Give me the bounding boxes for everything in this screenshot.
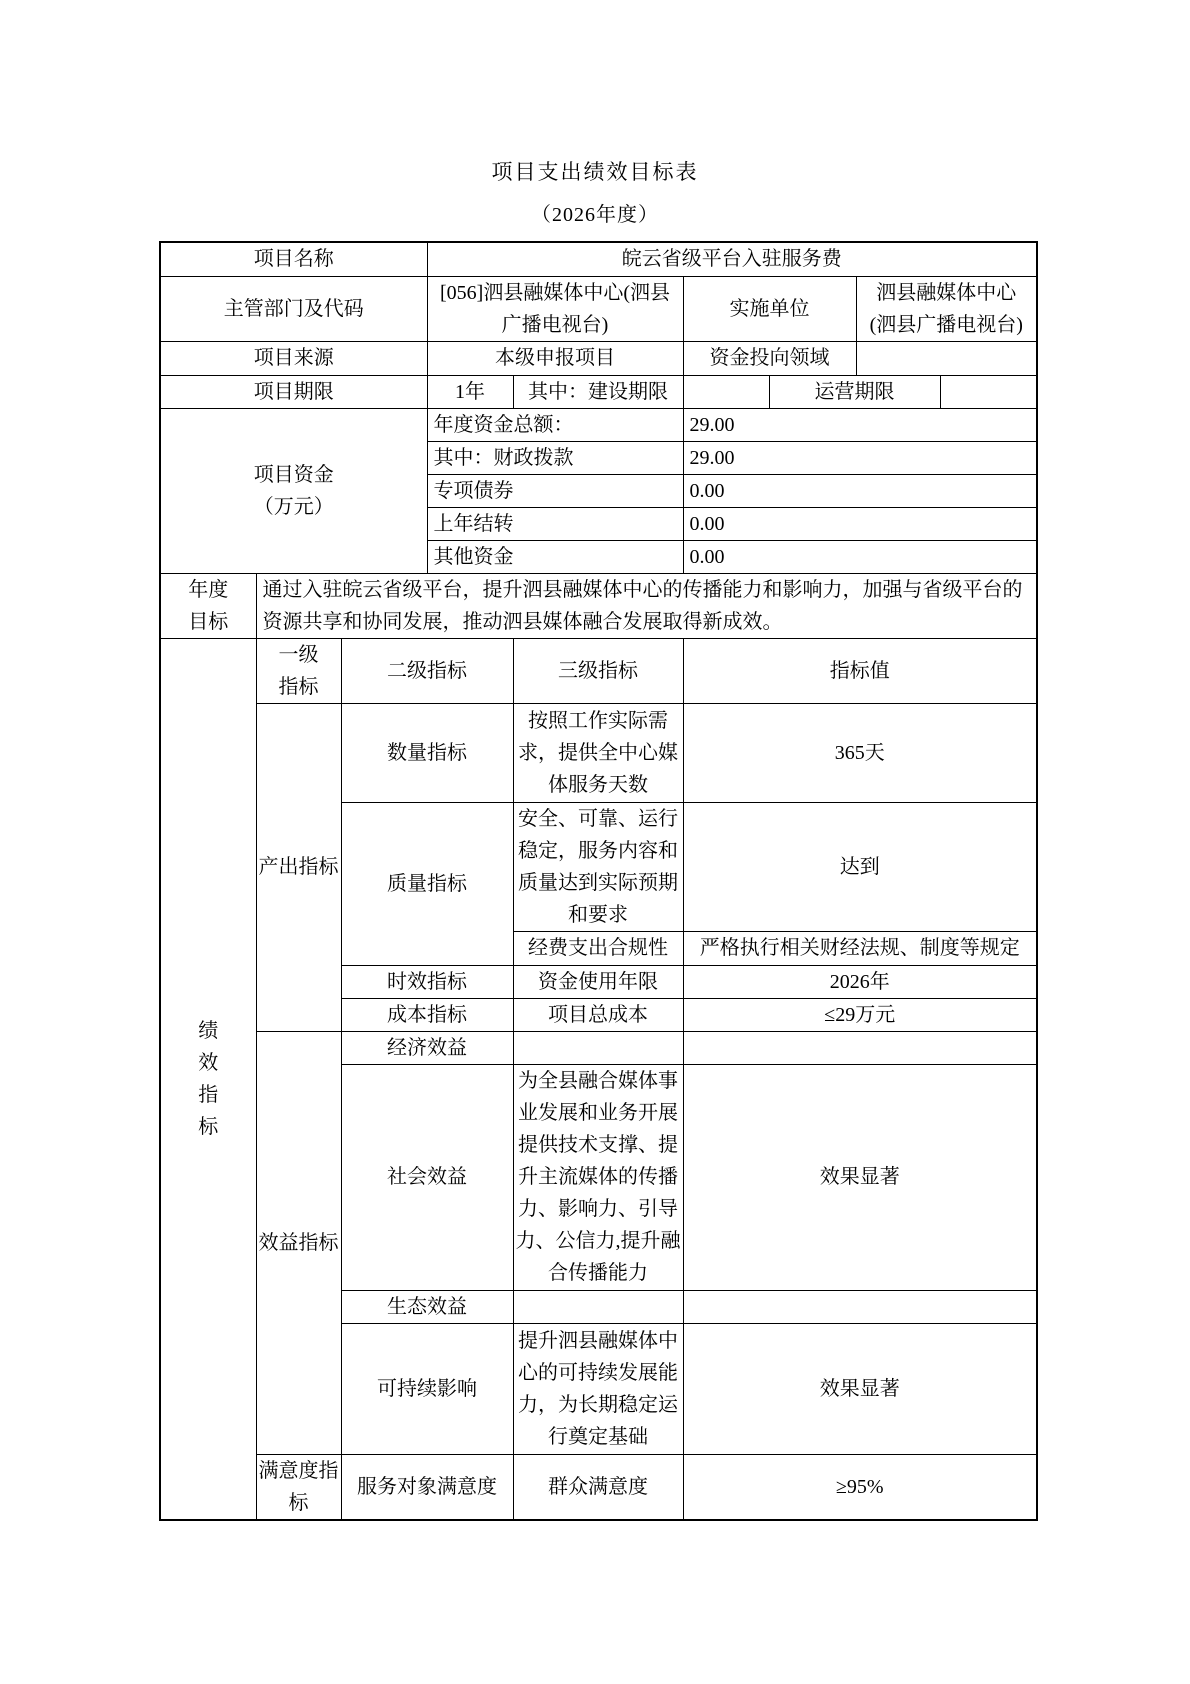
construction-period-label: 其中：建设期限 <box>513 375 683 408</box>
benefit-indicator-label: 效益指标 <box>256 1031 341 1454</box>
row-indicator-header: 绩 效 指 标 一级 指标 二级指标 三级指标 指标值 <box>160 638 1037 703</box>
project-name-label: 项目名称 <box>160 242 427 276</box>
compliance-value: 严格执行相关财经法规、制度等规定 <box>683 931 1037 965</box>
social-l3: 为全县融合媒体事业发展和业务开展提供技术支撑、提升主流媒体的传播力、影响力、引导… <box>513 1064 683 1290</box>
funding-bond-value: 0.00 <box>683 474 1037 507</box>
sustainable-l3: 提升泗县融媒体中心的可持续发展能力，为长期稳定运行奠定基础 <box>513 1323 683 1454</box>
funding-total-value: 29.00 <box>683 408 1037 441</box>
ecological-l2: 生态效益 <box>341 1290 513 1323</box>
construction-period-value <box>683 375 769 408</box>
timeliness-value: 2026年 <box>683 965 1037 998</box>
page-title: 项目支出绩效目标表 <box>0 0 1190 186</box>
operation-period-label: 运营期限 <box>769 375 940 408</box>
satisfaction-l2: 服务对象满意度 <box>341 1454 513 1520</box>
output-indicator-label: 产出指标 <box>256 703 341 1031</box>
project-name-value: 皖云省级平台入驻服务费 <box>427 242 1037 276</box>
quality-l3: 安全、可靠、运行稳定，服务内容和质量达到实际预期和要求 <box>513 802 683 931</box>
cost-l2: 成本指标 <box>341 998 513 1031</box>
duration-label: 项目期限 <box>160 375 427 408</box>
compliance-l3: 经费支出合规性 <box>513 931 683 965</box>
sustainable-l2: 可持续影响 <box>341 1323 513 1454</box>
funding-carryover-value: 0.00 <box>683 507 1037 540</box>
funding-label: 项目资金 （万元） <box>160 408 427 573</box>
fund-direction-value <box>856 341 1037 375</box>
fund-direction-label: 资金投向领域 <box>683 341 856 375</box>
economic-l3 <box>513 1031 683 1064</box>
annual-goal-text: 通过入驻皖云省级平台，提升泗县融媒体中心的传播能力和影响力，加强与省级平台的资源… <box>256 573 1037 638</box>
ecological-value <box>683 1290 1037 1323</box>
cost-value: ≤29万元 <box>683 998 1037 1031</box>
impl-unit-label: 实施单位 <box>683 276 856 341</box>
document-page: 项目支出绩效目标表 （2026年度） 项目名称 皖云省级平台入驻服务费 主管部门… <box>0 0 1190 1684</box>
row-project-name: 项目名称 皖云省级平台入驻服务费 <box>160 242 1037 276</box>
page-subtitle: （2026年度） <box>0 198 1190 227</box>
operation-period-value <box>940 375 1037 408</box>
row-funding-total: 项目资金 （万元） 年度资金总额： 29.00 <box>160 408 1037 441</box>
row-source: 项目来源 本级申报项目 资金投向领域 <box>160 341 1037 375</box>
sustainable-value: 效果显著 <box>683 1323 1037 1454</box>
cost-l3: 项目总成本 <box>513 998 683 1031</box>
funding-fiscal-value: 29.00 <box>683 441 1037 474</box>
header-value: 指标值 <box>683 638 1037 703</box>
row-department: 主管部门及代码 [056]泗县融媒体中心(泗县广播电视台) 实施单位 泗县融媒体… <box>160 276 1037 341</box>
dept-label: 主管部门及代码 <box>160 276 427 341</box>
funding-fiscal-name: 其中：财政拨款 <box>427 441 683 474</box>
satisfaction-indicator-label: 满意度指标 <box>256 1454 341 1520</box>
source-value: 本级申报项目 <box>427 341 683 375</box>
row-annual-goal: 年度 目标 通过入驻皖云省级平台，提升泗县融媒体中心的传播能力和影响力，加强与省… <box>160 573 1037 638</box>
social-value: 效果显著 <box>683 1064 1037 1290</box>
row-quantity: 产出指标 数量指标 按照工作实际需求，提供全中心媒体服务天数 365天 <box>160 703 1037 802</box>
timeliness-l2: 时效指标 <box>341 965 513 998</box>
row-economic: 效益指标 经济效益 <box>160 1031 1037 1064</box>
header-level1: 一级 指标 <box>256 638 341 703</box>
dept-value: [056]泗县融媒体中心(泗县广播电视台) <box>427 276 683 341</box>
quality-value: 达到 <box>683 802 1037 931</box>
funding-other-name: 其他资金 <box>427 540 683 573</box>
impl-unit-value: 泗县融媒体中心 (泗县广播电视台) <box>856 276 1037 341</box>
quantity-value: 365天 <box>683 703 1037 802</box>
economic-l2: 经济效益 <box>341 1031 513 1064</box>
source-label: 项目来源 <box>160 341 427 375</box>
funding-other-value: 0.00 <box>683 540 1037 573</box>
ecological-l3 <box>513 1290 683 1323</box>
funding-carryover-name: 上年结转 <box>427 507 683 540</box>
satisfaction-value: ≥95% <box>683 1454 1037 1520</box>
satisfaction-l3: 群众满意度 <box>513 1454 683 1520</box>
economic-value <box>683 1031 1037 1064</box>
header-level3: 三级指标 <box>513 638 683 703</box>
social-l2: 社会效益 <box>341 1064 513 1290</box>
quality-l2: 质量指标 <box>341 802 513 965</box>
row-duration: 项目期限 1年 其中：建设期限 运营期限 <box>160 375 1037 408</box>
row-satisfaction: 满意度指标 服务对象满意度 群众满意度 ≥95% <box>160 1454 1037 1520</box>
indicator-section-label: 绩 效 指 标 <box>160 638 256 1520</box>
quantity-l3: 按照工作实际需求，提供全中心媒体服务天数 <box>513 703 683 802</box>
header-level2: 二级指标 <box>341 638 513 703</box>
quantity-l2: 数量指标 <box>341 703 513 802</box>
performance-target-table: 项目名称 皖云省级平台入驻服务费 主管部门及代码 [056]泗县融媒体中心(泗县… <box>159 241 1038 1521</box>
annual-goal-label: 年度 目标 <box>160 573 256 638</box>
funding-bond-name: 专项债券 <box>427 474 683 507</box>
timeliness-l3: 资金使用年限 <box>513 965 683 998</box>
duration-value: 1年 <box>427 375 513 408</box>
funding-total-name: 年度资金总额： <box>427 408 683 441</box>
